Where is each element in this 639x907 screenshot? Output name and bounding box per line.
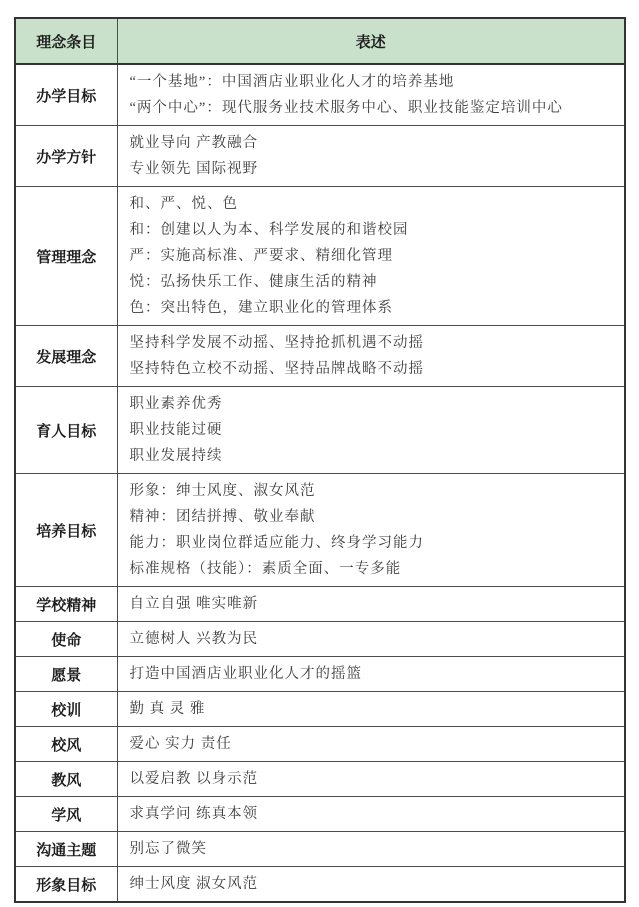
- row-line: 色：突出特色，建立职业化的管理体系: [130, 295, 613, 321]
- row-line: 勤 真 灵 雅: [130, 696, 613, 722]
- row-line: 坚持科学发展不动摇、坚持抢抓机遇不动摇: [130, 330, 613, 356]
- table-row: 培养目标形象：绅士风度、淑女风范精神：团结拼搏、敬业奉献能力：职业岗位群适应能力…: [15, 474, 625, 587]
- row-line: 坚持特色立校不动摇、坚持品牌战略不动摇: [130, 356, 613, 382]
- school-philosophy-table: 理念条目 表述 办学目标“一个基地”：中国酒店业职业化人才的培养基地“两个中心”…: [14, 17, 626, 903]
- row-line: 专业领先 国际视野: [130, 156, 613, 182]
- row-line: 精神：团结拼搏、敬业奉献: [130, 504, 613, 530]
- row-content: 自立自强 唯实唯新: [117, 587, 625, 622]
- row-label: 校训: [15, 692, 117, 727]
- row-content: 形象：绅士风度、淑女风范精神：团结拼搏、敬业奉献能力：职业岗位群适应能力、终身学…: [117, 474, 625, 587]
- row-line: 以爱启教 以身示范: [130, 766, 613, 792]
- row-line: 形象：绅士风度、淑女风范: [130, 478, 613, 504]
- row-label: 发展理念: [15, 326, 117, 387]
- table-row: 校风爱心 实力 责任: [15, 727, 625, 762]
- row-line: “一个基地”：中国酒店业职业化人才的培养基地: [130, 69, 613, 95]
- document-page: 理念条目 表述 办学目标“一个基地”：中国酒店业职业化人才的培养基地“两个中心”…: [0, 0, 639, 907]
- row-line: 打造中国酒店业职业化人才的摇篮: [130, 661, 613, 687]
- row-content: 就业导向 产教融合专业领先 国际视野: [117, 126, 625, 187]
- table-row: 形象目标绅士风度 淑女风范: [15, 867, 625, 903]
- table-row: 发展理念坚持科学发展不动摇、坚持抢抓机遇不动摇坚持特色立校不动摇、坚持品牌战略不…: [15, 326, 625, 387]
- header-cell-description: 表述: [117, 18, 625, 64]
- table-row: 办学方针就业导向 产教融合专业领先 国际视野: [15, 126, 625, 187]
- row-line: 自立自强 唯实唯新: [130, 591, 613, 617]
- row-content: “一个基地”：中国酒店业职业化人才的培养基地“两个中心”：现代服务业技术服务中心…: [117, 64, 625, 126]
- row-label: 校风: [15, 727, 117, 762]
- header-row: 理念条目 表述: [15, 18, 625, 64]
- table-body: 办学目标“一个基地”：中国酒店业职业化人才的培养基地“两个中心”：现代服务业技术…: [15, 64, 625, 902]
- row-line: 就业导向 产教融合: [130, 130, 613, 156]
- row-content: 求真学问 练真本领: [117, 797, 625, 832]
- row-label: 办学方针: [15, 126, 117, 187]
- row-label: 形象目标: [15, 867, 117, 903]
- row-line: 职业发展持续: [130, 443, 613, 469]
- row-line: 爱心 实力 责任: [130, 731, 613, 757]
- table-row: 校训勤 真 灵 雅: [15, 692, 625, 727]
- row-label: 沟通主题: [15, 832, 117, 867]
- row-line: 职业素养优秀: [130, 391, 613, 417]
- row-content: 以爱启教 以身示范: [117, 762, 625, 797]
- row-line: 别忘了微笑: [130, 836, 613, 862]
- table-row: 沟通主题别忘了微笑: [15, 832, 625, 867]
- row-line: 立德树人 兴教为民: [130, 626, 613, 652]
- table-row: 教风以爱启教 以身示范: [15, 762, 625, 797]
- row-label: 培养目标: [15, 474, 117, 587]
- table-row: 管理理念和、严、悦、色和：创建以人为本、科学发展的和谐校园严：实施高标准、严要求…: [15, 187, 625, 326]
- row-label: 愿景: [15, 657, 117, 692]
- row-line: 严：实施高标准、严要求、精细化管理: [130, 243, 613, 269]
- row-label: 学校精神: [15, 587, 117, 622]
- table-row: 育人目标职业素养优秀职业技能过硬职业发展持续: [15, 387, 625, 474]
- row-label: 教风: [15, 762, 117, 797]
- row-line: “两个中心”：现代服务业技术服务中心、职业技能鉴定培训中心: [130, 95, 613, 121]
- row-content: 打造中国酒店业职业化人才的摇篮: [117, 657, 625, 692]
- row-label: 使命: [15, 622, 117, 657]
- row-line: 职业技能过硬: [130, 417, 613, 443]
- row-content: 别忘了微笑: [117, 832, 625, 867]
- row-content: 职业素养优秀职业技能过硬职业发展持续: [117, 387, 625, 474]
- row-content: 和、严、悦、色和：创建以人为本、科学发展的和谐校园严：实施高标准、严要求、精细化…: [117, 187, 625, 326]
- row-content: 坚持科学发展不动摇、坚持抢抓机遇不动摇坚持特色立校不动摇、坚持品牌战略不动摇: [117, 326, 625, 387]
- row-label: 管理理念: [15, 187, 117, 326]
- row-line: 绅士风度 淑女风范: [130, 871, 613, 897]
- row-line: 和、严、悦、色: [130, 191, 613, 217]
- row-label: 育人目标: [15, 387, 117, 474]
- row-line: 标准规格（技能）：素质全面、一专多能: [130, 556, 613, 582]
- row-label: 学风: [15, 797, 117, 832]
- row-content: 绅士风度 淑女风范: [117, 867, 625, 903]
- table-row: 学风求真学问 练真本领: [15, 797, 625, 832]
- header-cell-items: 理念条目: [15, 18, 117, 64]
- row-label: 办学目标: [15, 64, 117, 126]
- row-line: 能力：职业岗位群适应能力、终身学习能力: [130, 530, 613, 556]
- table-row: 学校精神自立自强 唯实唯新: [15, 587, 625, 622]
- table-row: 办学目标“一个基地”：中国酒店业职业化人才的培养基地“两个中心”：现代服务业技术…: [15, 64, 625, 126]
- row-content: 立德树人 兴教为民: [117, 622, 625, 657]
- row-line: 悦：弘扬快乐工作、健康生活的精神: [130, 269, 613, 295]
- table-row: 愿景打造中国酒店业职业化人才的摇篮: [15, 657, 625, 692]
- row-line: 和：创建以人为本、科学发展的和谐校园: [130, 217, 613, 243]
- row-line: 求真学问 练真本领: [130, 801, 613, 827]
- table-header: 理念条目 表述: [15, 18, 625, 64]
- row-content: 勤 真 灵 雅: [117, 692, 625, 727]
- table-row: 使命立德树人 兴教为民: [15, 622, 625, 657]
- row-content: 爱心 实力 责任: [117, 727, 625, 762]
